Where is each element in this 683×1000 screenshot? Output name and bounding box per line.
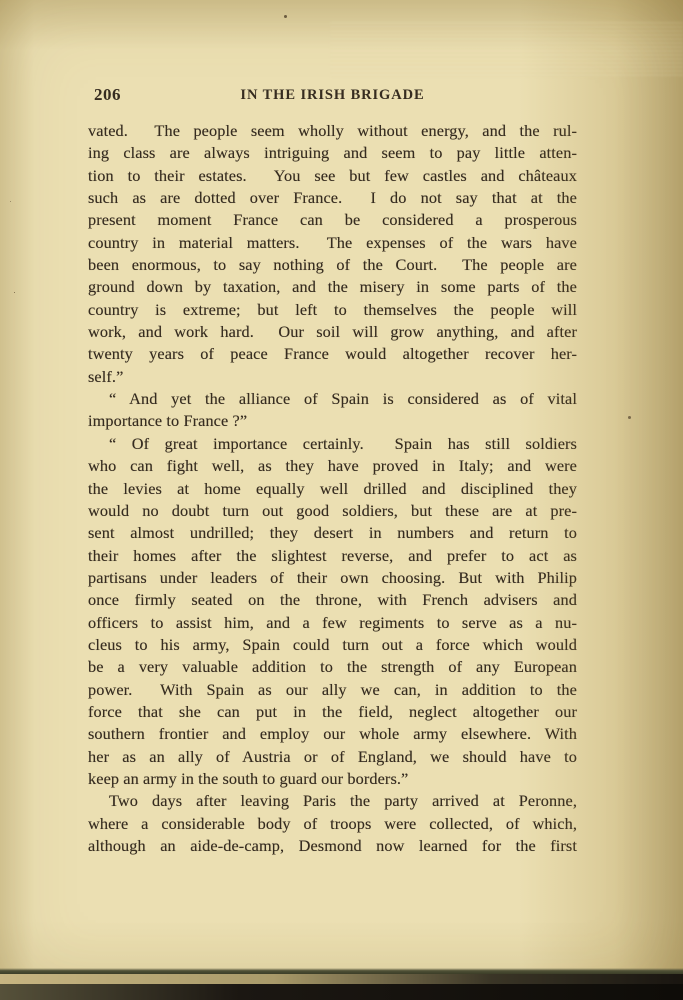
text-line: force that she can put in the field, neg… [88, 701, 577, 723]
text-line: present moment France can be considered … [88, 209, 577, 231]
text-line: the levies at home equally well drilled … [88, 478, 577, 500]
running-header: IN THE IRISH BRIGADE [88, 87, 577, 104]
text-line: partisans under leaders of their own cho… [88, 567, 577, 589]
text-line: southern frontier and employ our whole a… [88, 723, 577, 745]
page-bottom-edge-strip [0, 974, 683, 984]
text-line: officers to assist him, and a few regime… [88, 612, 577, 634]
text-line: “ Of great importance certainly. Spain h… [88, 433, 577, 455]
text-line: country is extreme; but left to themselv… [88, 299, 577, 321]
text-line: Two days after leaving Paris the party a… [88, 790, 577, 812]
text-line: ing class are always intriguing and seem… [88, 142, 577, 164]
text-line: self.” [88, 366, 577, 388]
text-line: cleus to his army, Spain could turn out … [88, 634, 577, 656]
text-line: “ And yet the alliance of Spain is consi… [88, 388, 577, 410]
text-line: their homes after the slightest reverse,… [88, 545, 577, 567]
page-text: vated. The people seem wholly without en… [88, 120, 577, 857]
scan-streaks [330, 22, 683, 77]
text-line: tion to their estates. You see but few c… [88, 165, 577, 187]
text-line: who can fight well, as they have proved … [88, 455, 577, 477]
text-line: such as are dotted over France. I do not… [88, 187, 577, 209]
text-line: been enormous, to say nothing of the Cou… [88, 254, 577, 276]
text-line: be a very valuable addition to the stren… [88, 656, 577, 678]
book-page: 206 IN THE IRISH BRIGADE vated. The peop… [0, 0, 683, 1000]
page-header-row: 206 IN THE IRISH BRIGADE [88, 85, 577, 105]
text-line: power. With Spain as our ally we can, in… [88, 679, 577, 701]
text-line: keep an army in the south to guard our b… [88, 768, 577, 790]
text-line: where a considerable body of troops were… [88, 813, 577, 835]
text-line: work, and work hard. Our soil will grow … [88, 321, 577, 343]
text-line: ground down by taxation, and the misery … [88, 276, 577, 298]
scan-background-band [0, 984, 683, 1000]
text-line: would no doubt turn out good soldiers, b… [88, 500, 577, 522]
text-line: importance to France ?” [88, 410, 577, 432]
paper-specks [284, 15, 287, 18]
text-line: sent almost undrilled; they desert in nu… [88, 522, 577, 544]
text-line: although an aide-de-camp, Desmond now le… [88, 835, 577, 857]
text-line: once firmly seated on the throne, with F… [88, 589, 577, 611]
text-line: country in material matters. The expense… [88, 232, 577, 254]
text-line: twenty years of peace France would altog… [88, 343, 577, 365]
text-line: vated. The people seem wholly without en… [88, 120, 577, 142]
text-line: her as an ally of Austria or of England,… [88, 746, 577, 768]
